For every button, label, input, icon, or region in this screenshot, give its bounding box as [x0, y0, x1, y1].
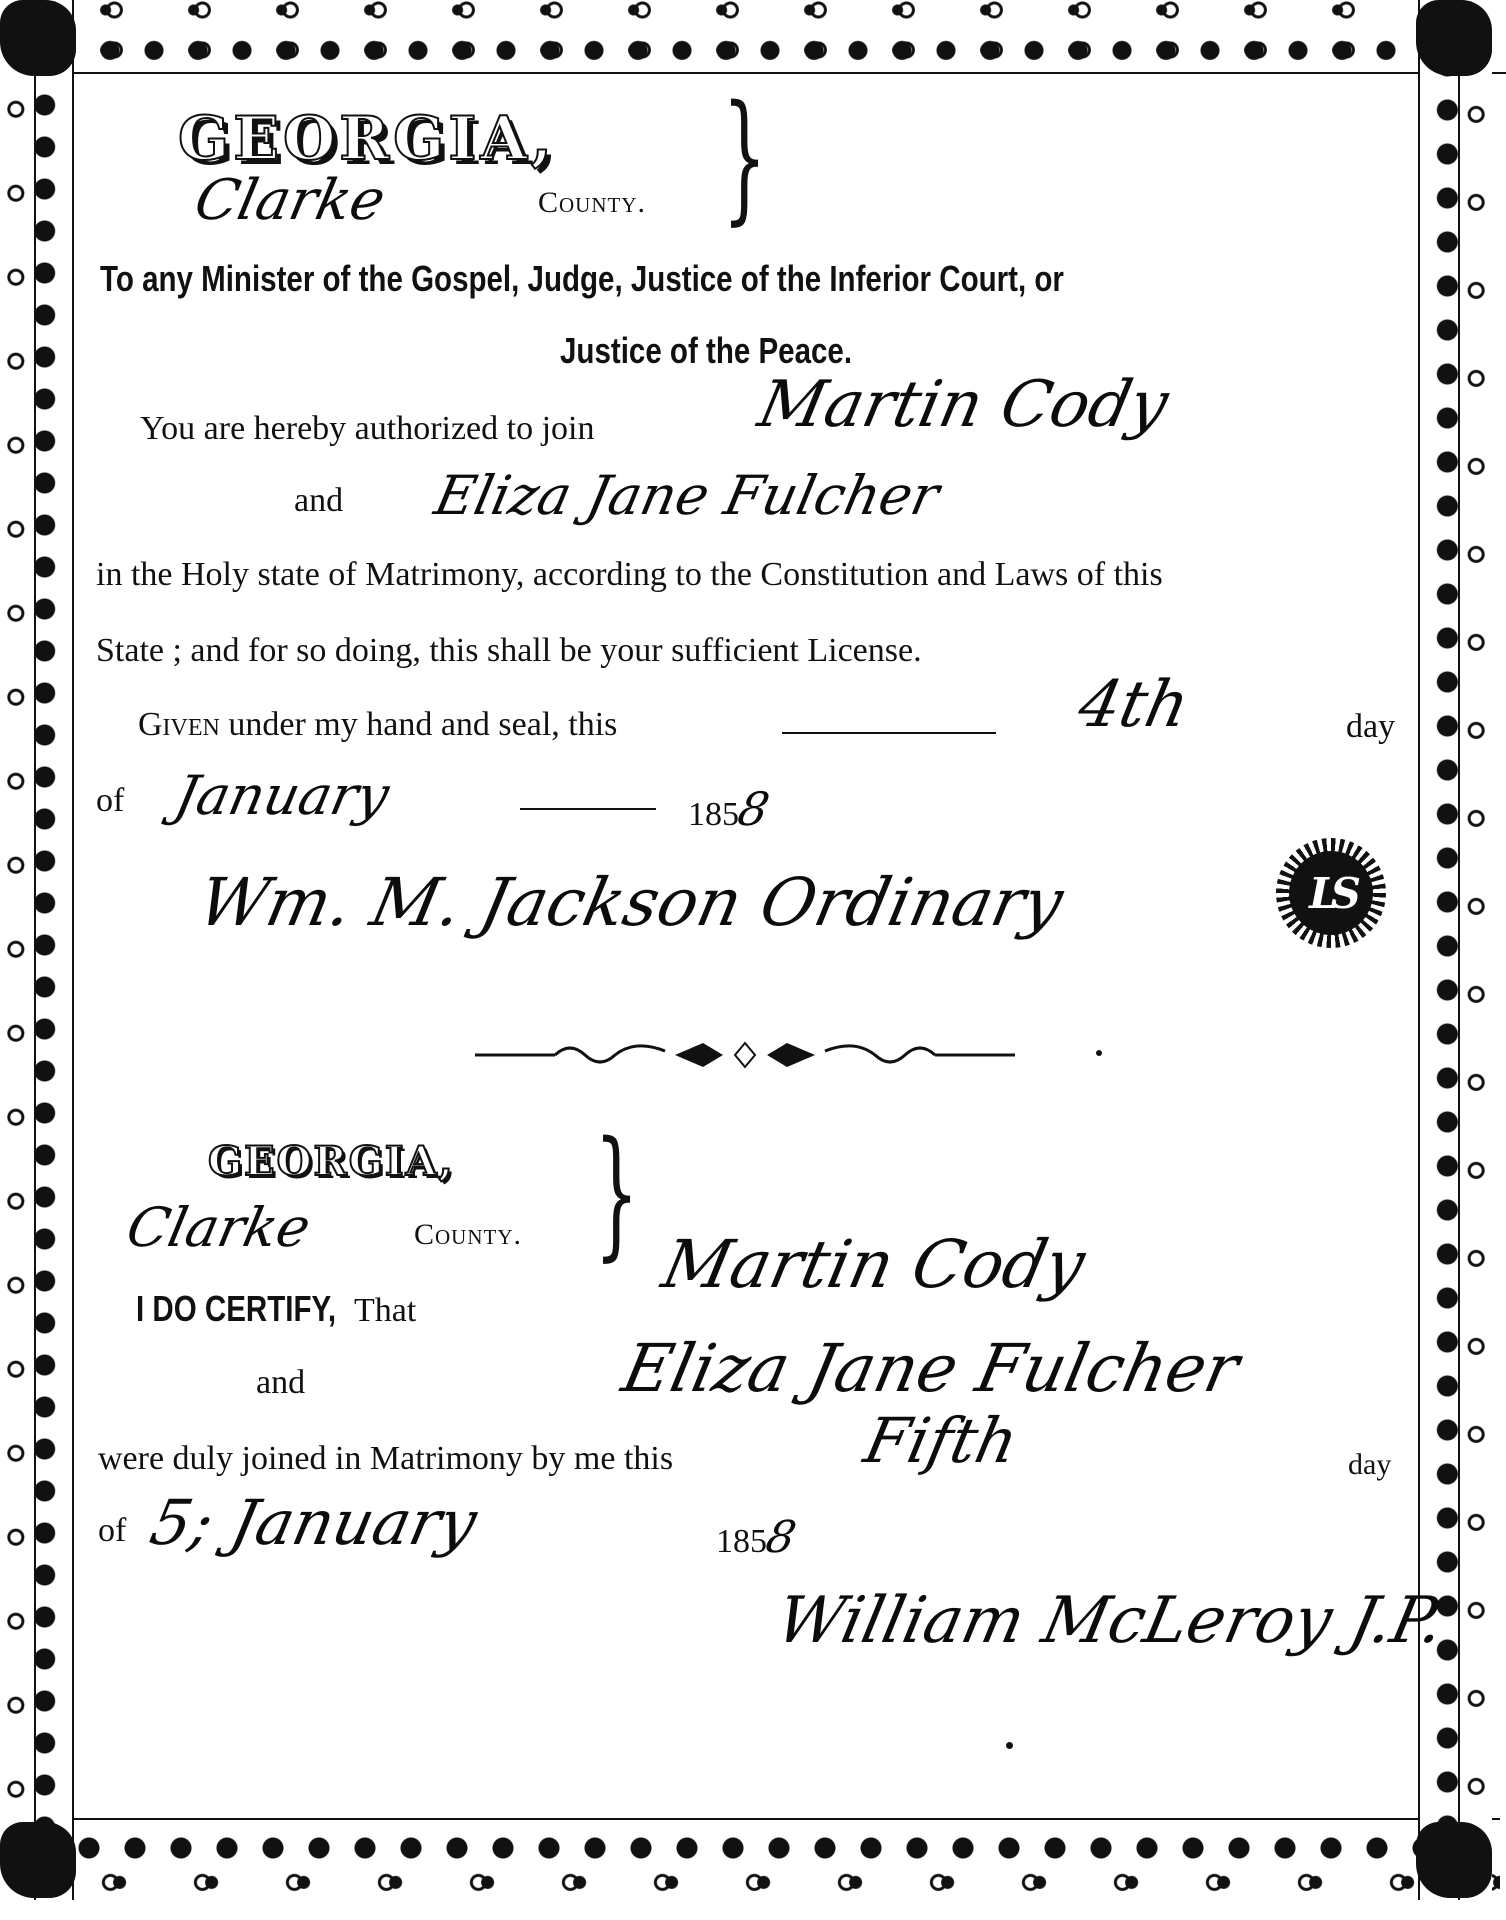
floral-border-bottom-icon — [0, 1818, 1500, 1900]
year-printed-prefix: 185 — [716, 1523, 767, 1560]
license-county-handwritten: Clarke — [189, 168, 391, 233]
month-blank-line — [520, 808, 656, 810]
license-county-label: County. — [538, 186, 646, 220]
seal-monogram: LS — [1289, 851, 1373, 935]
border-corner-icon — [1416, 1822, 1492, 1898]
given-label: Given — [138, 706, 220, 743]
certificate-joined-text: were duly joined in Matrimony by me this — [98, 1440, 673, 1478]
certificate-state-heading: GEORGIA, — [208, 1138, 455, 1185]
border-corner-icon — [1416, 0, 1492, 76]
certify-rest: That — [354, 1292, 416, 1329]
license-of-label: of — [96, 782, 124, 820]
certificate-signature-jp: William McLeroy J.P. — [770, 1584, 1450, 1658]
license-month-handwritten: January — [169, 764, 394, 827]
certificate-day-handwritten: Fifth — [858, 1404, 1024, 1477]
license-body-line2: State ; and for so doing, this shall be … — [96, 632, 922, 670]
certificate-county-handwritten: Clarke — [121, 1196, 316, 1259]
license-address-line1: To any Minister of the Gospel, Judge, Ju… — [100, 258, 1064, 300]
license-state-heading: GEORGIA, — [178, 104, 556, 174]
ink-dot — [1096, 1050, 1102, 1056]
license-address-line2: Justice of the Peace. — [560, 330, 852, 372]
year-handwritten-digit: 8 — [733, 782, 774, 836]
license-day-handwritten: 4th — [1072, 668, 1195, 742]
license-year-printed: 1858 — [688, 782, 768, 836]
license-bride-handwritten: Eliza Jane Fulcher — [429, 464, 944, 527]
license-brace: } — [722, 88, 767, 228]
floral-border-left-icon — [0, 0, 74, 1900]
certificate-brace: } — [594, 1124, 639, 1264]
certificate-of-label: of — [98, 1512, 126, 1550]
seal-icon: LS — [1276, 838, 1386, 948]
license-signature-ordinary: Wm. M. Jackson Ordinary — [192, 864, 1070, 941]
border-corner-icon — [0, 1822, 76, 1898]
border-corner-icon — [0, 0, 76, 76]
certificate-year-printed: 1858 — [716, 1512, 795, 1563]
license-authorized-text: You are hereby authorized to join — [140, 410, 594, 448]
certificate-bride-handwritten: Eliza Jane Fulcher — [616, 1330, 1246, 1407]
year-printed-prefix: 185 — [688, 796, 739, 833]
certificate-groom-handwritten: Martin Cody — [656, 1226, 1092, 1303]
license-and-label: and — [294, 482, 343, 520]
certificate-day-label: day — [1348, 1448, 1391, 1482]
floral-border-top-icon — [0, 0, 1506, 74]
certificate-date-handwritten: 5; January — [144, 1486, 483, 1559]
certify-line: I DO CERTIFY, That — [136, 1288, 416, 1330]
license-day-label: day — [1346, 708, 1395, 746]
certificate-county-label: County. — [414, 1218, 522, 1252]
given-rest: under my hand and seal, this — [228, 706, 617, 743]
ink-dot — [1006, 1742, 1013, 1749]
certify-bold: I DO CERTIFY, — [136, 1288, 336, 1330]
license-body-line1: in the Holy state of Matrimony, accordin… — [96, 556, 1163, 594]
day-blank-line — [782, 732, 996, 734]
year-handwritten-digit: 8 — [762, 1512, 801, 1563]
scroll-divider-icon — [475, 1040, 1015, 1070]
license-groom-handwritten: Martin Cody — [752, 368, 1174, 442]
certificate-and-label: and — [256, 1364, 305, 1402]
license-given-text: Given under my hand and seal, this — [138, 706, 617, 744]
